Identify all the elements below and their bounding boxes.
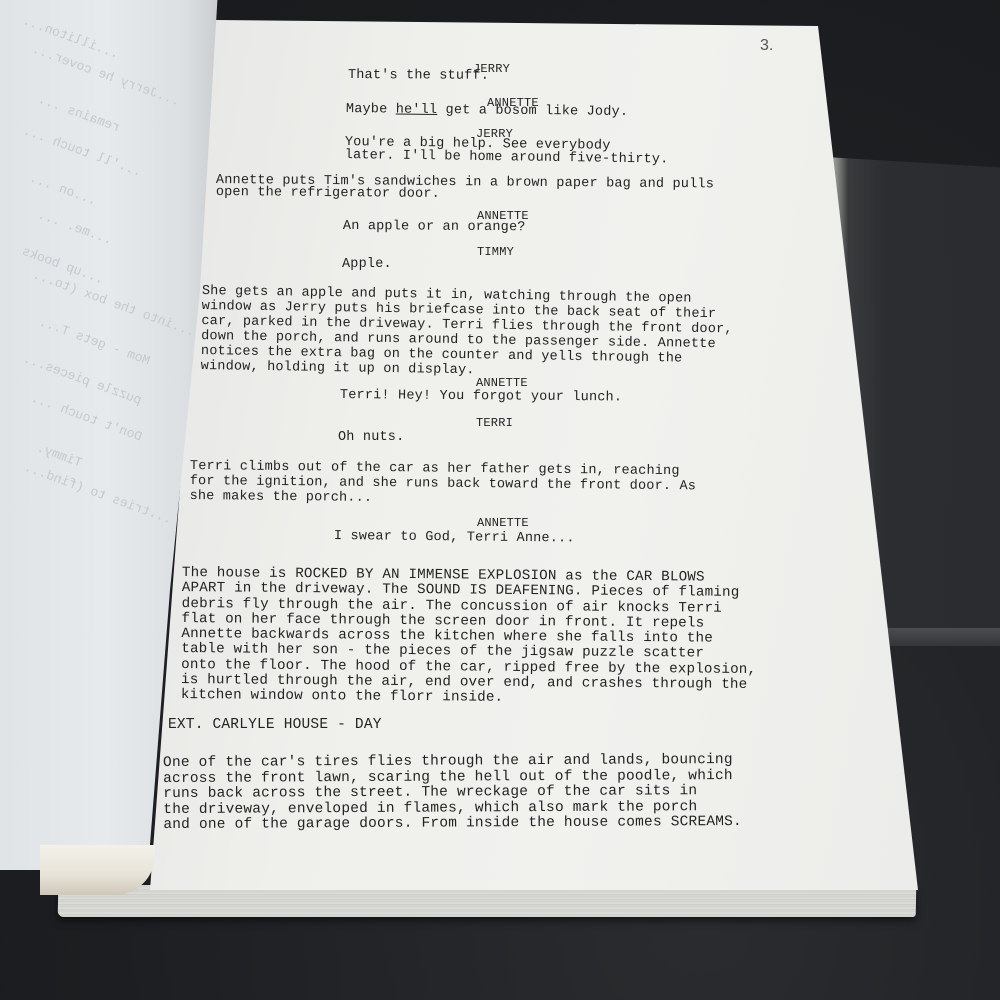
action-paragraph: She gets an apple and puts it in, watchi… xyxy=(201,284,734,382)
bleed-through-text: remains ... xyxy=(36,92,122,135)
action-paragraph: Annette puts Tim's sandwiches in a brown… xyxy=(216,175,714,203)
action-paragraph: One of the car's tires flies through the… xyxy=(163,753,742,834)
dialogue: Apple. xyxy=(342,257,392,272)
dialogue: Maybe he'll get a bosom like Jody. xyxy=(346,102,628,120)
bleed-through-text: ...me. ... xyxy=(36,207,114,248)
bleed-through-text: ...on ... xyxy=(28,170,99,208)
bleed-through-text: ...tries to (find... xyxy=(22,460,174,527)
dialogue: Terri! Hey! You forgot your lunch. xyxy=(340,388,622,405)
dialogue: That's the stuff. xyxy=(348,68,489,84)
character-name: ANNETTE xyxy=(477,516,529,531)
scene-heading: EXT. CARLYLE HOUSE - DAY xyxy=(168,718,382,733)
action-paragraph: The house is ROCKED BY AN IMMENSE EXPLOS… xyxy=(181,566,757,709)
action-paragraph: Terri climbs out of the car as her fathe… xyxy=(190,459,697,509)
page-curl xyxy=(40,845,155,895)
bleed-through-text: ...'ll touch ... xyxy=(21,123,143,180)
character-name: TIMMY xyxy=(477,245,514,260)
page-number: 3. xyxy=(760,37,773,55)
dialogue: Oh nuts. xyxy=(338,430,404,445)
character-name: TERRI xyxy=(476,416,513,431)
dialogue: I swear to God, Terri Anne... xyxy=(334,529,575,547)
dialogue: An apple or an orange? xyxy=(343,219,526,235)
emphasis: he'll xyxy=(396,103,438,118)
dialogue: You're a big help. See everybody later. … xyxy=(345,136,669,167)
